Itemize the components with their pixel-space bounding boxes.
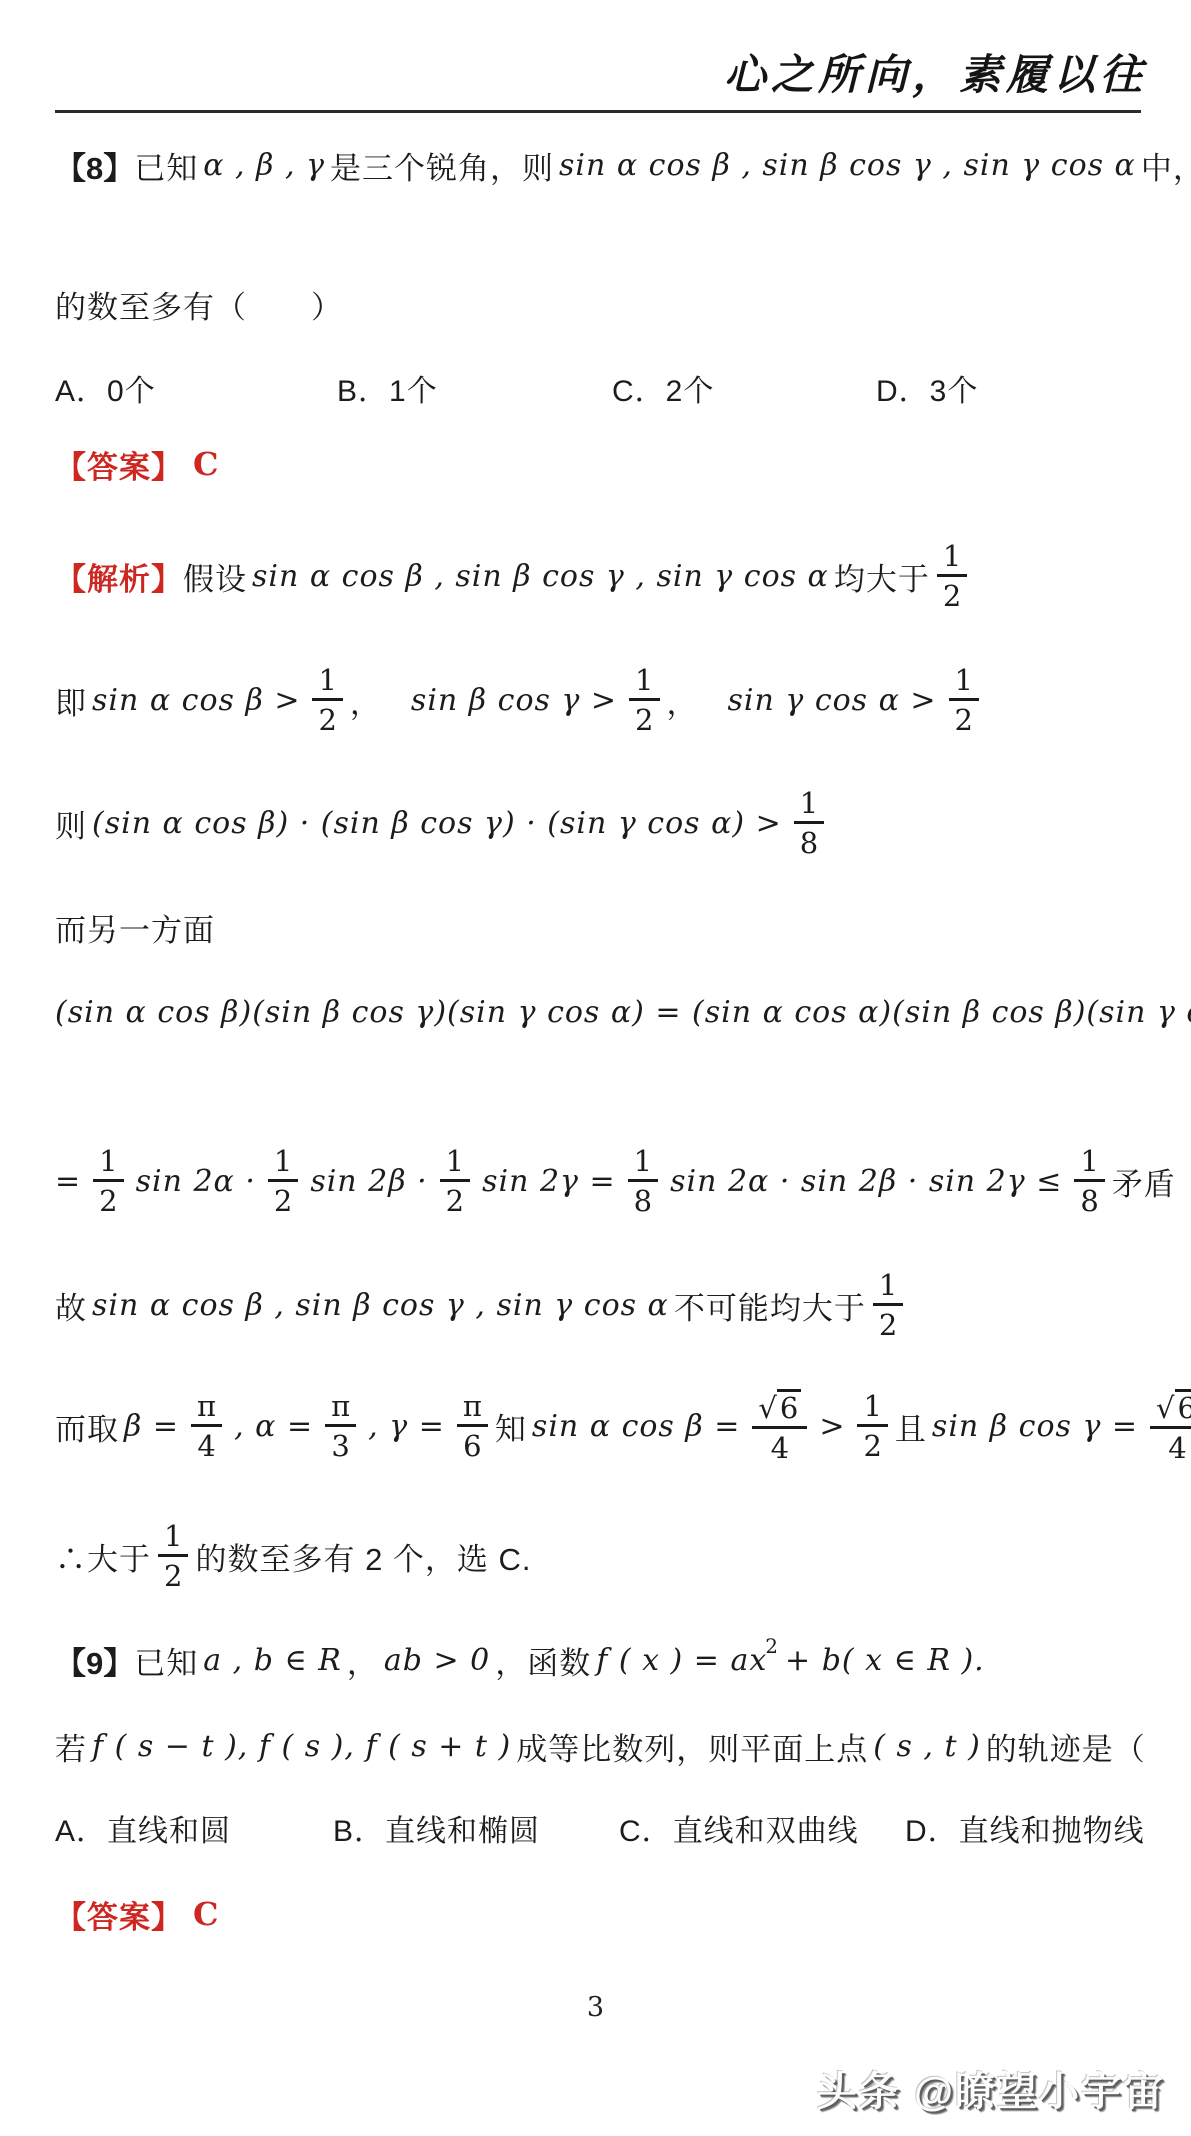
q8-stem-text-1: 已知 bbox=[134, 143, 198, 188]
q8-option-b: B．1个 bbox=[337, 366, 438, 410]
gu-text-1: 故 bbox=[55, 1283, 87, 1328]
q9-option-c: C．直线和双曲线 bbox=[619, 1806, 859, 1850]
q9-option-a: A．直线和圆 bbox=[55, 1806, 231, 1850]
fraction-one-half: 12 bbox=[629, 665, 659, 736]
q8-step-qu-line: 而取β =π4, α =π3, γ =π6知sin α cos β =√64>1… bbox=[55, 1378, 1161, 1474]
q8-identity-line: (sin α cos β)(sin β cos γ)(sin γ cos α) … bbox=[55, 988, 1161, 1036]
qu-math-1: β = bbox=[124, 1409, 179, 1444]
ze-text: 则 bbox=[55, 801, 87, 846]
fraction-one-half: 12 bbox=[440, 1146, 470, 1217]
fraction-one-half: 12 bbox=[312, 665, 342, 736]
q9-stem-math-4: + b( x ∈ R ). bbox=[785, 1643, 985, 1678]
eq-math-1: sin 2α · bbox=[136, 1164, 256, 1199]
q8-step-ze-line: 则(sin α cos β) · (sin β cos γ) · (sin γ … bbox=[55, 775, 1161, 871]
ji-math-1: sin α cos β > bbox=[92, 683, 300, 718]
page-number: 3 bbox=[0, 1992, 1191, 2023]
radical-icon: √ bbox=[758, 1394, 776, 1423]
eq-math-0: = bbox=[55, 1164, 81, 1199]
q9-options-row: A．直线和圆 B．直线和椭圆 C．直线和双曲线 D．直线和抛物线 bbox=[55, 1806, 1161, 1850]
q8-option-d: D．3个 bbox=[876, 366, 978, 410]
q8-step-er-line: 而另一方面 bbox=[55, 905, 1161, 949]
fraction-pi-4: π4 bbox=[191, 1391, 222, 1462]
q8-options-row: A．0个 B．1个 C．2个 D．3个 bbox=[55, 366, 1161, 410]
q9-number: 【9】 bbox=[55, 1638, 134, 1683]
header-divider bbox=[55, 110, 1141, 113]
q8-analysis-line: 【解析】假设sin α cos β , sin β cos γ , sin γ … bbox=[55, 528, 1161, 624]
q9-text-1: 若 bbox=[55, 1724, 87, 1769]
fraction-one-half: 12 bbox=[158, 1521, 188, 1592]
q9-math-1: f ( s − t ), f ( s ), f ( s + t ) bbox=[92, 1729, 511, 1764]
q8-stem-text-4: 的数至多有（ ） bbox=[55, 282, 343, 327]
fraction-one-eighth: 18 bbox=[628, 1146, 658, 1217]
q8-option-a: A．0个 bbox=[55, 366, 156, 410]
q9-answer-line: 【答案】C bbox=[55, 1892, 1161, 1936]
q8-stem-math-1: α , β , γ bbox=[203, 148, 325, 183]
q9-answer-value: C bbox=[193, 1895, 218, 1933]
q9-stem-line-2: 若f ( s − t ), f ( s ), f ( s + t )成等比数列，… bbox=[55, 1724, 1161, 1768]
q9-text-3: 的轨迹是（ ） bbox=[986, 1724, 1191, 1769]
q8-number: 【8】 bbox=[55, 143, 134, 188]
q8-conclusion-line: ∴大于12的数至多有 2 个，选 C. bbox=[55, 1508, 1161, 1604]
concl-text-1: ∴大于 bbox=[55, 1534, 151, 1579]
q9-stem-math-2: ab > 0 bbox=[384, 1643, 490, 1678]
q8-answer-value: C bbox=[193, 445, 218, 483]
eq-math-2: sin 2β · bbox=[310, 1164, 427, 1199]
identity-math: (sin α cos β)(sin β cos γ)(sin γ cos α) … bbox=[55, 995, 1191, 1030]
er-text: 而另一方面 bbox=[55, 905, 215, 950]
ji-math-2: sin β cos γ > bbox=[411, 683, 617, 718]
q8-equality-line: =12sin 2α ·12sin 2β ·12sin 2γ =18sin 2α … bbox=[55, 1133, 1161, 1229]
radical-icon: √ bbox=[1156, 1394, 1174, 1423]
fraction-one-half: 12 bbox=[873, 1270, 903, 1341]
q9-stem-line: 【9】已知a , b ∈ R，ab > 0，函数f ( x ) = ax2+ b… bbox=[55, 1638, 1161, 1682]
q9-math-2: ( s , t ) bbox=[873, 1729, 981, 1764]
qu-math-4: sin α cos β = bbox=[532, 1409, 740, 1444]
fraction-sqrt6-4: √64 bbox=[1150, 1389, 1191, 1464]
eq-math-3: sin 2γ = bbox=[482, 1164, 616, 1199]
q8-answer-label: 【答案】 bbox=[55, 442, 183, 487]
q9-option-b: B．直线和椭圆 bbox=[333, 1806, 540, 1850]
q9-stem-comma-1: ， bbox=[347, 1638, 379, 1683]
gu-math-1: sin α cos β , sin β cos γ , sin γ cos α bbox=[92, 1288, 669, 1323]
eq-contradiction-text: 矛盾 bbox=[1112, 1159, 1176, 1204]
fraction-one-half: 12 bbox=[857, 1391, 887, 1462]
qu-text-2: 知 bbox=[495, 1404, 527, 1449]
q9-exponent: 2 bbox=[765, 1634, 778, 1658]
qu-math-5: > bbox=[819, 1409, 845, 1444]
q9-stem-math-1: a , b ∈ R bbox=[203, 1643, 342, 1678]
q8-stem-line-2: 的数至多有（ ） bbox=[55, 282, 1161, 326]
ji-math-3: sin γ cos α > bbox=[728, 683, 937, 718]
qu-text-1: 而取 bbox=[55, 1404, 119, 1449]
q8-analysis-label: 【解析】 bbox=[55, 554, 183, 599]
q8-stem-line: 【8】已知α , β , γ是三个锐角，则sin α cos β , sin β… bbox=[55, 120, 1161, 210]
qu-math-2: , α = bbox=[234, 1409, 313, 1444]
q8-stem-text-2: 是三个锐角，则 bbox=[330, 143, 554, 188]
fraction-pi-3: π3 bbox=[325, 1391, 356, 1462]
q9-stem-text-1: 已知 bbox=[134, 1638, 198, 1683]
fraction-pi-6: π6 bbox=[457, 1391, 488, 1462]
q9-answer-label: 【答案】 bbox=[55, 1892, 183, 1937]
q9-stem-text-2: ，函数 bbox=[495, 1638, 591, 1683]
q9-option-d: D．直线和抛物线 bbox=[905, 1806, 1145, 1850]
fraction-one-eighth: 18 bbox=[1074, 1146, 1104, 1217]
ji-comma-2: ， bbox=[667, 678, 699, 723]
eq-math-4: sin 2α · sin 2β · sin 2γ ≤ bbox=[670, 1164, 1062, 1199]
q8-answer-line: 【答案】C bbox=[55, 442, 1161, 486]
watermark-text: 头条 @瞭望小宇宙 bbox=[817, 2060, 1165, 2117]
q9-stem-math-3: f ( x ) = ax bbox=[596, 1643, 767, 1678]
qu-math-6: sin β cos γ = bbox=[932, 1409, 1138, 1444]
fraction-one-half: 12 bbox=[268, 1146, 298, 1217]
ze-math-1: (sin α cos β) · (sin β cos γ) · (sin γ c… bbox=[92, 806, 782, 841]
q9-text-2: 成等比数列，则平面上点 bbox=[516, 1724, 868, 1769]
fraction-one-half: 12 bbox=[937, 541, 967, 612]
q8-step-gu-line: 故sin α cos β , sin β cos γ , sin γ cos α… bbox=[55, 1257, 1161, 1353]
concl-text-2: 的数至多有 2 个，选 C. bbox=[195, 1534, 531, 1579]
q8-analysis-math-1: sin α cos β , sin β cos γ , sin γ cos α bbox=[252, 559, 829, 594]
worksheet-page: 心之所向，素履以往 【8】已知α , β , γ是三个锐角，则sin α cos… bbox=[0, 0, 1191, 2136]
fraction-one-half: 12 bbox=[949, 665, 979, 736]
q8-step-ji-line: 即sin α cos β >12，sin β cos γ >12，sin γ c… bbox=[55, 650, 1161, 750]
ji-text: 即 bbox=[55, 678, 87, 723]
q8-stem-text-3: 中，大于 bbox=[1141, 143, 1191, 188]
q8-option-c: C．2个 bbox=[612, 366, 714, 410]
ji-comma-1: ， bbox=[350, 678, 382, 723]
q8-analysis-text-1: 假设 bbox=[183, 554, 247, 599]
q8-stem-math-2: sin α cos β , sin β cos γ , sin γ cos α bbox=[559, 148, 1136, 183]
fraction-one-half: 12 bbox=[93, 1146, 123, 1217]
fraction-sqrt6-4: √64 bbox=[752, 1389, 807, 1464]
header-motto: 心之所向，素履以往 bbox=[724, 42, 1147, 102]
gu-text-2: 不可能均大于 bbox=[674, 1283, 866, 1328]
fraction-one-eighth: 18 bbox=[794, 788, 824, 859]
q8-analysis-text-2: 均大于 bbox=[834, 554, 930, 599]
qu-text-3: 且 bbox=[895, 1404, 927, 1449]
qu-math-3: , γ = bbox=[368, 1409, 445, 1444]
